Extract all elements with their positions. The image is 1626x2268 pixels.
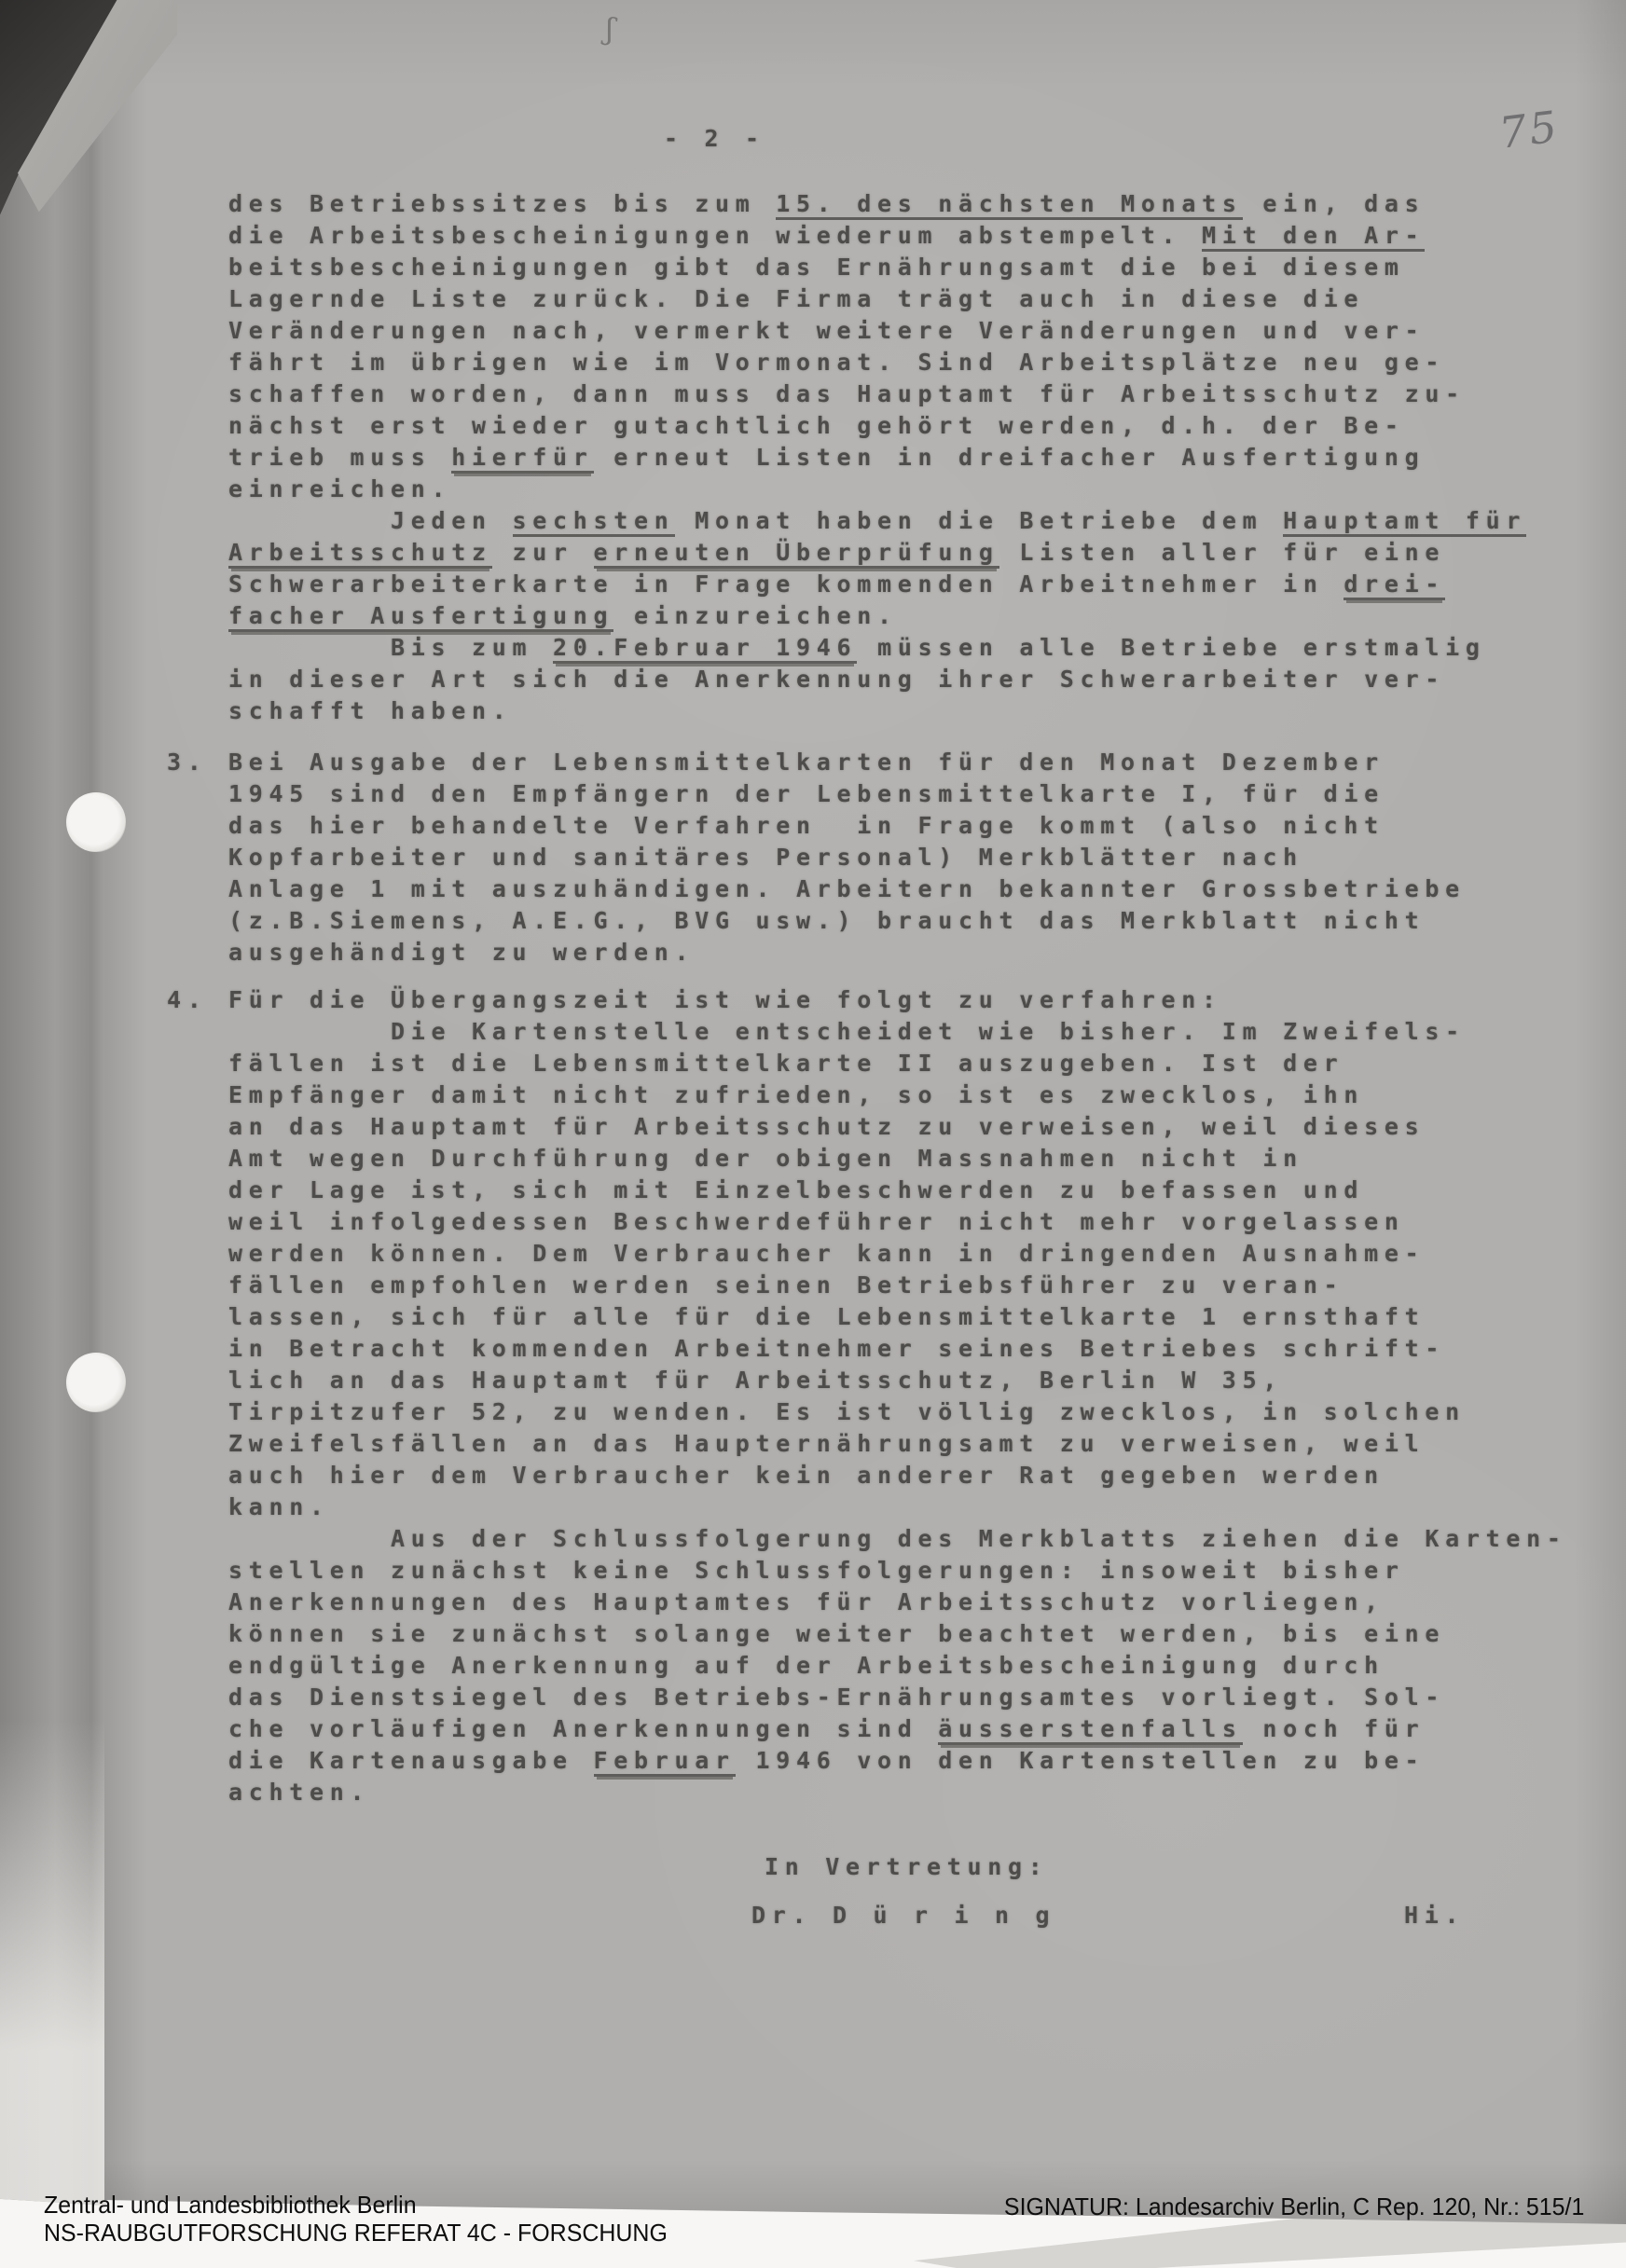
typed-line: Empfänger damit nicht zufrieden, so ist …: [228, 1079, 1567, 1111]
typed-line: fällen ist die Lebensmittelkarte II ausz…: [228, 1048, 1567, 1079]
typed-line: das hier behandelte Verfahren in Frage k…: [228, 810, 1567, 842]
typed-line: in Betracht kommenden Arbeitnehmer seine…: [228, 1333, 1567, 1365]
typed-line: Zweifelsfällen an das Haupternährungsamt…: [228, 1428, 1567, 1460]
typed-line: das Dienstsiegel des Betriebs-Ernährungs…: [228, 1682, 1567, 1713]
typed-line: können sie zunächst solange weiter beach…: [228, 1618, 1567, 1650]
typed-line: die Kartenausgabe Februar 1946 von den K…: [228, 1745, 1567, 1777]
typed-line: facher Ausfertigung einzureichen.: [228, 600, 1567, 632]
typed-line: auch hier dem Verbraucher kein anderer R…: [228, 1460, 1567, 1491]
typed-line: Aus der Schlussfolgerung des Merkblatts …: [228, 1523, 1567, 1555]
typed-line: fällen empfohlen werden seinen Betriebsf…: [228, 1270, 1567, 1301]
typed-line: weil infolgedessen Beschwerdeführer nich…: [228, 1206, 1567, 1238]
library-name: Zentral- und Landesbibliothek Berlin: [44, 2191, 668, 2219]
typed-line: kann.: [228, 1491, 1567, 1523]
typed-line: Arbeitsschutz zur erneuten Überprüfung L…: [228, 537, 1567, 569]
typed-line: Anlage 1 mit auszuhändigen. Arbeitern be…: [228, 873, 1567, 905]
signature-name: Dr. D ü r i n g: [751, 1902, 1055, 1929]
typed-line: Die Kartenstelle entscheidet wie bisher.…: [228, 1016, 1567, 1048]
typed-line: einreichen.: [228, 474, 1567, 505]
typed-line: Für die Übergangszeit ist wie folgt zu v…: [228, 984, 1567, 1016]
typed-line: nächst erst wieder gutachtlich gehört we…: [228, 410, 1567, 442]
page-stack-left-edge: [0, 0, 106, 2206]
item-number: 3.: [167, 747, 208, 778]
typed-line: Kopfarbeiter und sanitäres Personal) Mer…: [228, 842, 1567, 873]
signature-in-vertretung: In Vertretung:: [765, 1853, 1049, 1880]
typed-line: che vorläufigen Anerkennungen sind äusse…: [228, 1713, 1567, 1745]
typed-line: beitsbescheinigungen gibt das Ernährungs…: [228, 252, 1567, 283]
signature-typist-initials: Hi.: [1404, 1902, 1465, 1929]
typed-line: Schwerarbeiterkarte in Frage kommenden A…: [228, 569, 1567, 600]
typed-line: stellen zunächst keine Schlussfolgerunge…: [228, 1555, 1567, 1587]
typed-line: ausgehändigt zu werden.: [228, 937, 1567, 969]
typed-line: 1945 sind den Empfängern der Lebensmitte…: [228, 778, 1567, 810]
typed-line: Tirpitzufer 52, zu wenden. Es ist völlig…: [228, 1396, 1567, 1428]
typed-line: schaffen worden, dann muss das Hauptamt …: [228, 378, 1567, 410]
page-number: - 2 -: [664, 125, 765, 152]
typed-line: Lagernde Liste zurück. Die Firma trägt a…: [228, 283, 1567, 315]
typed-line: des Betriebssitzes bis zum 15. des nächs…: [228, 188, 1567, 220]
typed-line: Jeden sechsten Monat haben die Betriebe …: [228, 505, 1567, 537]
typed-line: fährt im übrigen wie im Vormonat. Sind A…: [228, 347, 1567, 378]
typed-line: Bei Ausgabe der Lebensmittelkarten für d…: [228, 747, 1567, 778]
typed-body-text: des Betriebssitzes bis zum 15. des nächs…: [228, 188, 1567, 1808]
typed-line: an das Hauptamt für Arbeitsschutz zu ver…: [228, 1111, 1567, 1143]
typed-line: endgültige Anerkennung auf der Arbeitsbe…: [228, 1650, 1567, 1682]
text-block: 3.Bei Ausgabe der Lebensmittelkarten für…: [228, 747, 1567, 969]
typed-line: die Arbeitsbescheinigungen wiederum abst…: [228, 220, 1567, 252]
typed-line: trieb muss hierfür erneut Listen in drei…: [228, 442, 1567, 474]
typed-line: achten.: [228, 1777, 1567, 1808]
typed-line: Bis zum 20.Februar 1946 müssen alle Betr…: [228, 632, 1567, 664]
typed-line: der Lage ist, sich mit Einzelbeschwerden…: [228, 1175, 1567, 1206]
library-provenance-stamp: Zentral- und Landesbibliothek Berlin NS-…: [44, 2191, 668, 2247]
handwritten-folio-number: 75: [1496, 101, 1563, 158]
punch-hole: [66, 792, 126, 852]
typed-line: lich an das Hauptamt für Arbeitsschutz, …: [228, 1365, 1567, 1396]
typed-line: Amt wegen Durchführung der obigen Massna…: [228, 1143, 1567, 1175]
typed-line: in dieser Art sich die Anerkennung ihrer…: [228, 664, 1567, 695]
typed-line: schafft haben.: [228, 695, 1567, 727]
typed-line: (z.B.Siemens, A.E.G., BVG usw.) braucht …: [228, 905, 1567, 937]
typed-line: Veränderungen nach, vermerkt weitere Ver…: [228, 315, 1567, 347]
typed-line: Anerkennungen des Hauptamtes für Arbeits…: [228, 1587, 1567, 1618]
library-department: NS-RAUBGUTFORSCHUNG REFERAT 4C - FORSCHU…: [44, 2219, 668, 2247]
text-block: 4.Für die Übergangszeit ist wie folgt zu…: [228, 984, 1567, 1808]
text-block: des Betriebssitzes bis zum 15. des nächs…: [228, 188, 1567, 727]
typed-line: werden können. Dem Verbraucher kann in d…: [228, 1238, 1567, 1270]
archive-signature-caption: SIGNATUR: Landesarchiv Berlin, C Rep. 12…: [1004, 2192, 1584, 2220]
punch-hole: [66, 1353, 126, 1412]
item-number: 4.: [167, 984, 208, 1016]
scanned-document: ʃ - 2 - 75 des Betriebssitzes bis zum 15…: [0, 0, 1626, 2268]
typed-line: lassen, sich für alle für die Lebensmitt…: [228, 1301, 1567, 1333]
